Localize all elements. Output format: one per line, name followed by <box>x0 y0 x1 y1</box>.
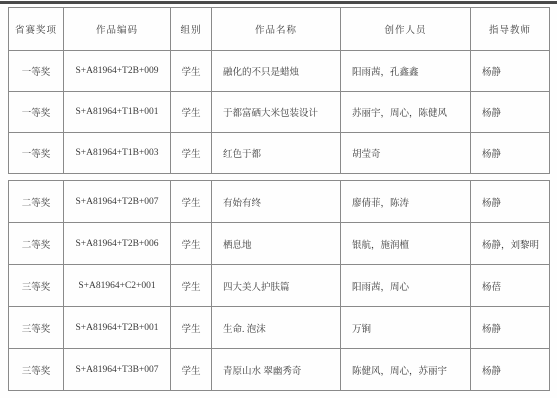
cell-title: 青原山水 翠幽秀奇 <box>212 349 341 391</box>
cell-group: 学生 <box>171 349 212 391</box>
table-row: 二等奖S+A81964+T2B+006学生栖息地银航，施润檀杨静，刘黎明 <box>9 223 550 265</box>
cell-award: 三等奖 <box>9 265 64 307</box>
scanned-page: 省赛奖项作品编码组别作品名称创作人员指导教师一等奖S+A81964+T2B+00… <box>0 0 557 398</box>
header-row: 省赛奖项作品编码组别作品名称创作人员指导教师 <box>9 8 550 51</box>
cell-code: S+A81964+T2B+009 <box>64 51 171 92</box>
cell-teacher: 杨静 <box>471 133 550 174</box>
cell-code: S+A81964+T1B+001 <box>64 92 171 133</box>
top-rule <box>0 1 557 4</box>
cell-group: 学生 <box>171 92 212 133</box>
table-row: 一等奖S+A81964+T1B+001学生于都富硒大米包装设计苏丽宇，周心，陈健… <box>9 92 550 133</box>
cell-teacher: 杨静 <box>471 181 550 223</box>
table-row: 二等奖S+A81964+T2B+007学生有始有终廖倩菲，陈涛杨静 <box>9 181 550 223</box>
cell-group: 学生 <box>171 133 212 174</box>
cell-code: S+A81964+T1B+003 <box>64 133 171 174</box>
table-row: 三等奖S+A81964+C2+001学生四大美人护肤篇阳雨茜，周心杨蓓 <box>9 265 550 307</box>
cell-code: S+A81964+T2B+006 <box>64 223 171 265</box>
cell-title: 红色于都 <box>212 133 341 174</box>
cell-award: 一等奖 <box>9 51 64 92</box>
cell-creators: 阳雨茜，孔鑫鑫 <box>341 51 471 92</box>
award-tables: 省赛奖项作品编码组别作品名称创作人员指导教师一等奖S+A81964+T2B+00… <box>8 7 549 391</box>
cell-code: S+A81964+T2B+001 <box>64 307 171 349</box>
cell-award: 二等奖 <box>9 223 64 265</box>
cell-title: 融化的不只是蜡烛 <box>212 51 341 92</box>
cell-creators: 陈健风，周心，苏丽宇 <box>341 349 471 391</box>
cell-award: 三等奖 <box>9 307 64 349</box>
cell-title: 栖息地 <box>212 223 341 265</box>
header-title: 作品名称 <box>212 8 341 51</box>
award-table-section-second-third-prize: 二等奖S+A81964+T2B+007学生有始有终廖倩菲，陈涛杨静二等奖S+A8… <box>8 180 550 391</box>
cell-award: 一等奖 <box>9 133 64 174</box>
cell-award: 一等奖 <box>9 92 64 133</box>
cell-creators: 万锏 <box>341 307 471 349</box>
cell-award: 二等奖 <box>9 181 64 223</box>
cell-title: 于都富硒大米包装设计 <box>212 92 341 133</box>
cell-group: 学生 <box>171 307 212 349</box>
table-row: 一等奖S+A81964+T2B+009学生融化的不只是蜡烛阳雨茜，孔鑫鑫杨静 <box>9 51 550 92</box>
cell-group: 学生 <box>171 181 212 223</box>
header-group: 组别 <box>171 8 212 51</box>
header-award: 省赛奖项 <box>9 8 64 51</box>
cell-creators: 银航，施润檀 <box>341 223 471 265</box>
table-row: 三等奖S+A81964+T2B+001学生生命. 泡沫万锏杨静 <box>9 307 550 349</box>
cell-creators: 阳雨茜，周心 <box>341 265 471 307</box>
cell-teacher: 杨静，刘黎明 <box>471 223 550 265</box>
cell-code: S+A81964+C2+001 <box>64 265 171 307</box>
cell-teacher: 杨静 <box>471 307 550 349</box>
cell-teacher: 杨静 <box>471 92 550 133</box>
table-row: 三等奖S+A81964+T3B+007学生青原山水 翠幽秀奇陈健风，周心，苏丽宇… <box>9 349 550 391</box>
cell-creators: 胡莹奇 <box>341 133 471 174</box>
table-row: 一等奖S+A81964+T1B+003学生红色于都胡莹奇杨静 <box>9 133 550 174</box>
cell-title: 四大美人护肤篇 <box>212 265 341 307</box>
cell-award: 三等奖 <box>9 349 64 391</box>
cell-code: S+A81964+T3B+007 <box>64 349 171 391</box>
cell-group: 学生 <box>171 223 212 265</box>
cell-title: 生命. 泡沫 <box>212 307 341 349</box>
header-teacher: 指导教师 <box>471 8 550 51</box>
cell-group: 学生 <box>171 265 212 307</box>
cell-teacher: 杨蓓 <box>471 265 550 307</box>
cell-code: S+A81964+T2B+007 <box>64 181 171 223</box>
cell-creators: 苏丽宇，周心，陈健风 <box>341 92 471 133</box>
cell-teacher: 杨静 <box>471 349 550 391</box>
award-table-section-first-prize: 省赛奖项作品编码组别作品名称创作人员指导教师一等奖S+A81964+T2B+00… <box>8 7 550 174</box>
header-code: 作品编码 <box>64 8 171 51</box>
cell-title: 有始有终 <box>212 181 341 223</box>
header-creators: 创作人员 <box>341 8 471 51</box>
cell-teacher: 杨静 <box>471 51 550 92</box>
cell-creators: 廖倩菲，陈涛 <box>341 181 471 223</box>
cell-group: 学生 <box>171 51 212 92</box>
